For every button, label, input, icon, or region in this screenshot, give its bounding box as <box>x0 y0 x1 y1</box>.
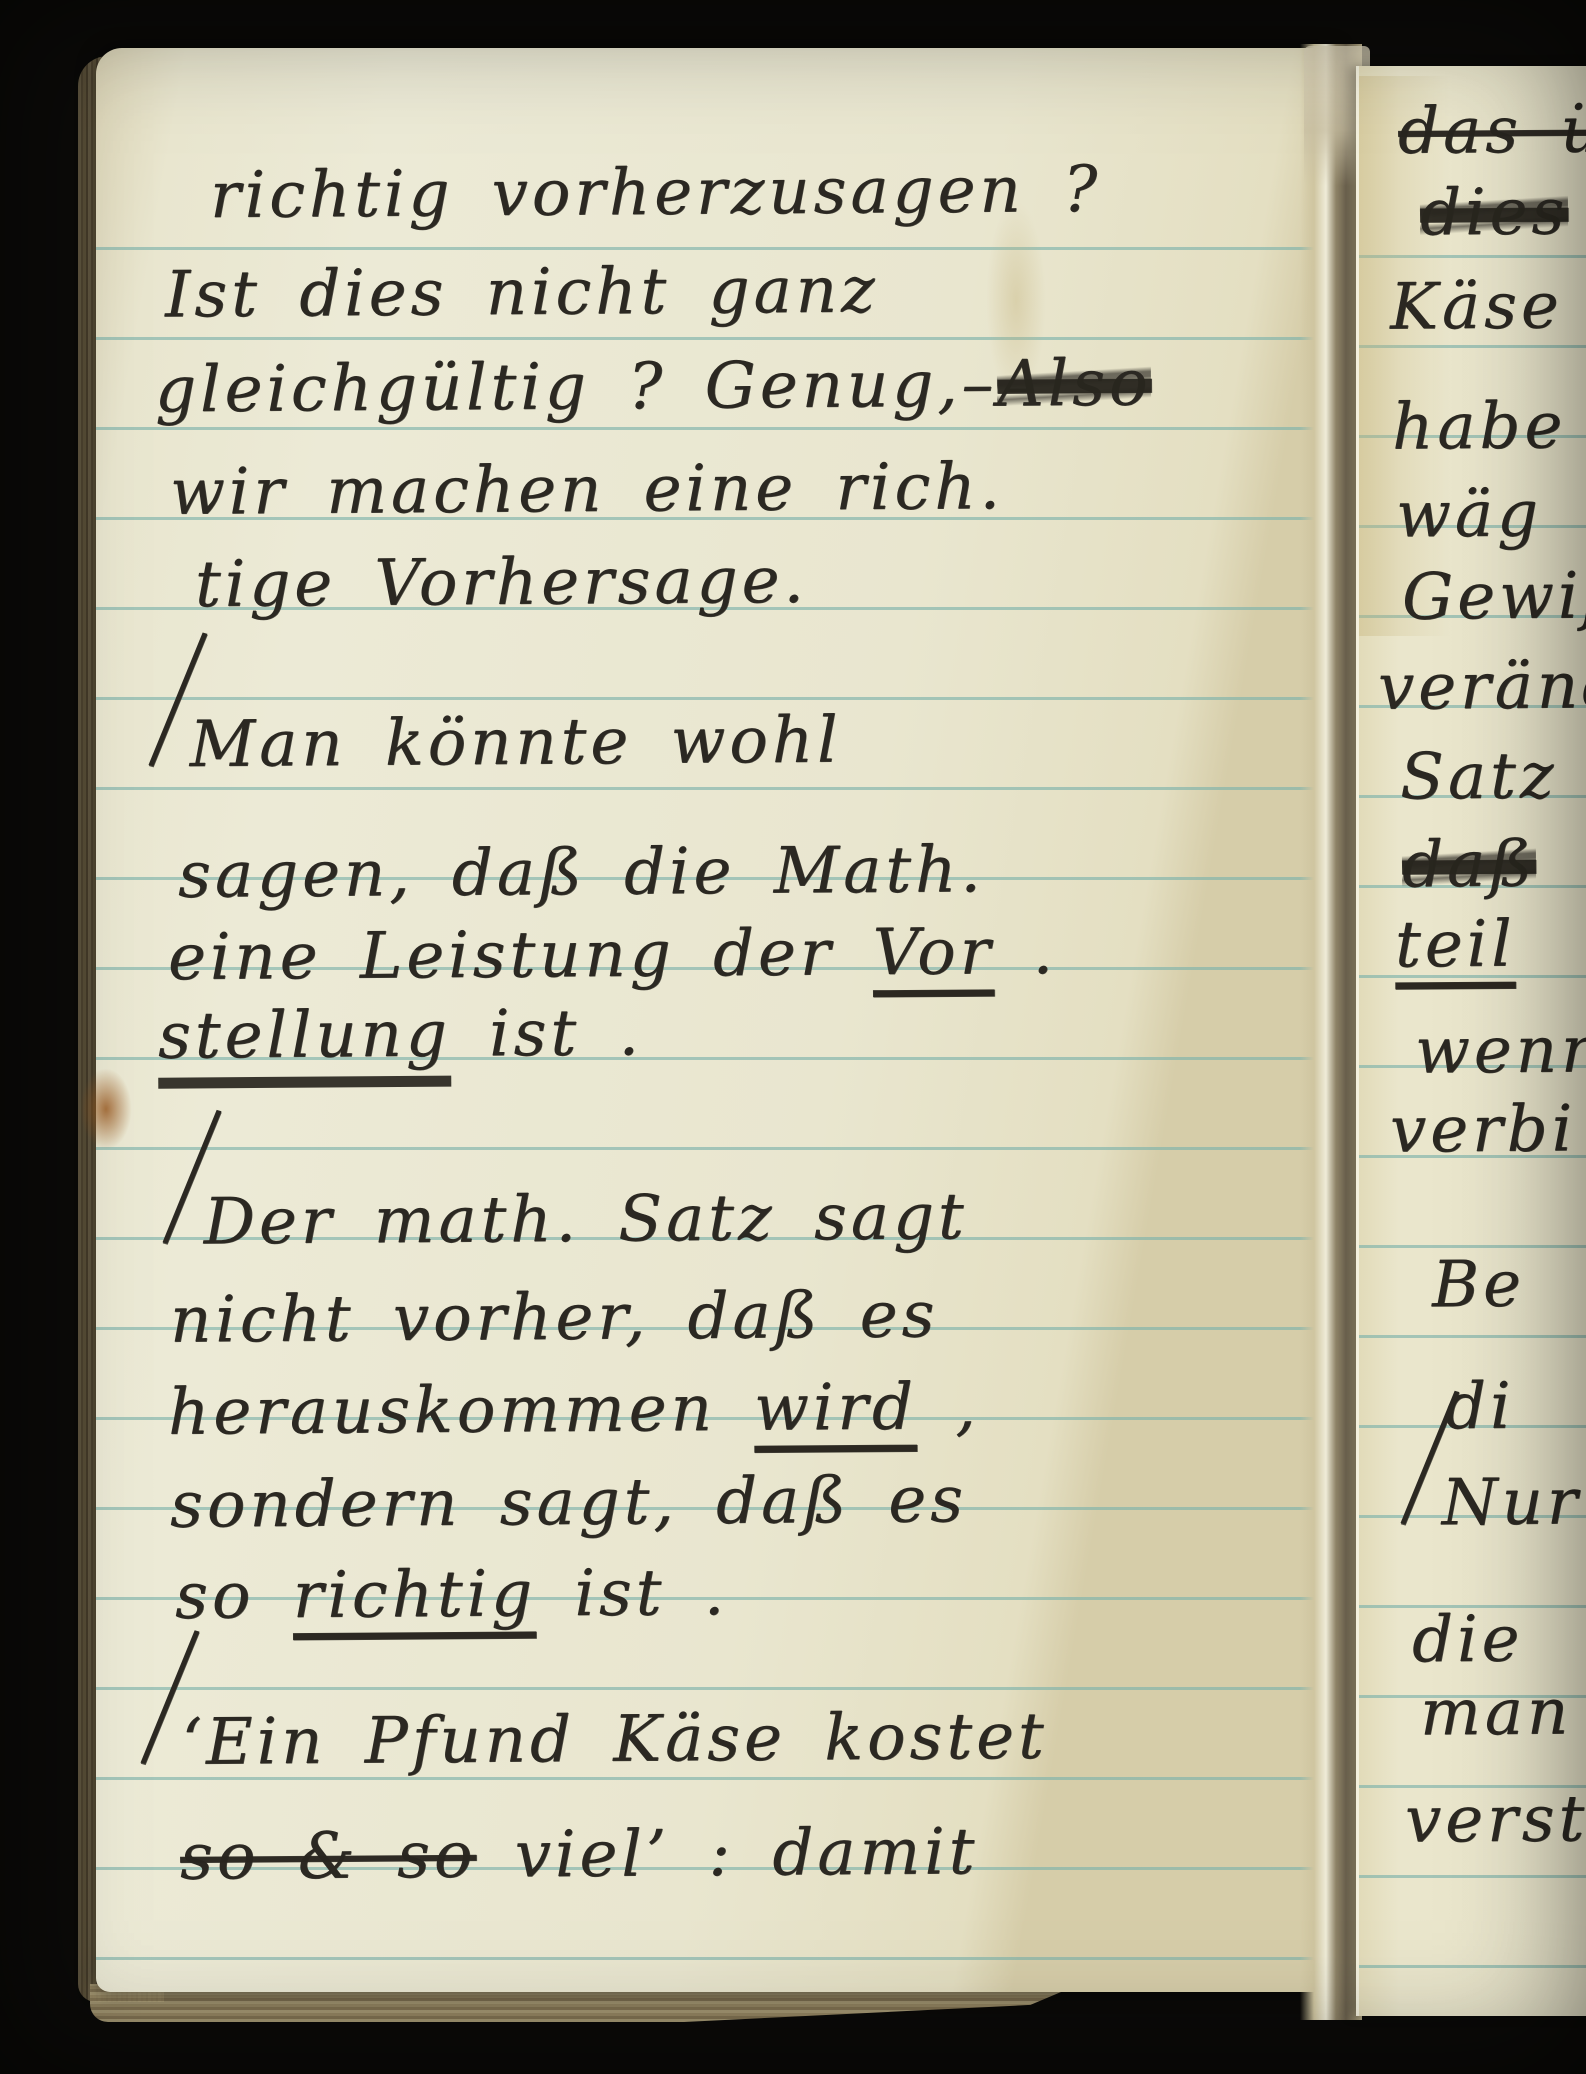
handwritten-line: die <box>1412 1605 1524 1676</box>
notebook-photo: richtig vorherzusagen ?Ist dies nicht ga… <box>0 0 1586 2074</box>
handwritten-line: habe <box>1392 391 1567 463</box>
handwritten-line: Käse <box>1390 271 1563 343</box>
handwritten-segment: Nur <box>1441 1465 1581 1540</box>
handwritten-line: verst <box>1405 1784 1586 1856</box>
handwritten-segment: Gewiß <box>1402 559 1586 635</box>
handwritten-segment: daß <box>1402 828 1536 903</box>
handwritten-line: man <box>1420 1677 1573 1748</box>
handwritten-line: verbi <box>1390 1094 1577 1166</box>
handwritten-line: dies <box>1420 177 1569 248</box>
handwritten-line: wenn <box>1415 1015 1586 1087</box>
handwritten-segment: man <box>1420 1675 1573 1750</box>
handwritten-segment: teil <box>1395 908 1516 983</box>
handwritten-line: Satz <box>1400 741 1558 812</box>
handwritten-segment: Satz <box>1400 739 1558 814</box>
handwritten-line: wäg <box>1396 479 1542 550</box>
handwritten-segment: veränd <box>1378 649 1586 725</box>
handwritten-segment: das üb <box>1398 93 1586 169</box>
handwritten-line: teil <box>1395 910 1516 981</box>
handwritten-line: daß <box>1402 830 1536 901</box>
handwritten-segment: verst <box>1405 1782 1586 1857</box>
handwritten-segment: Be <box>1432 1248 1525 1323</box>
handwritten-line: Be <box>1432 1250 1525 1321</box>
handwritten-line: veränd <box>1378 651 1586 723</box>
handwritten-segment: verbi <box>1390 1092 1577 1167</box>
handwritten-line: Gewiß <box>1402 561 1586 633</box>
handwritten-segment: die <box>1412 1603 1524 1678</box>
right-page-handwriting: das übdiesKäsehabewägGewißverändSatzdaßt… <box>0 0 1586 2074</box>
handwritten-segment: dies <box>1420 175 1569 250</box>
handwritten-line: das üb <box>1398 95 1586 167</box>
handwritten-segment: wäg <box>1396 477 1542 552</box>
handwritten-segment: wenn <box>1415 1013 1586 1088</box>
handwritten-segment: Käse <box>1390 269 1563 344</box>
handwritten-segment: habe <box>1392 389 1567 464</box>
handwritten-line: /Nur <box>1400 1467 1582 1539</box>
